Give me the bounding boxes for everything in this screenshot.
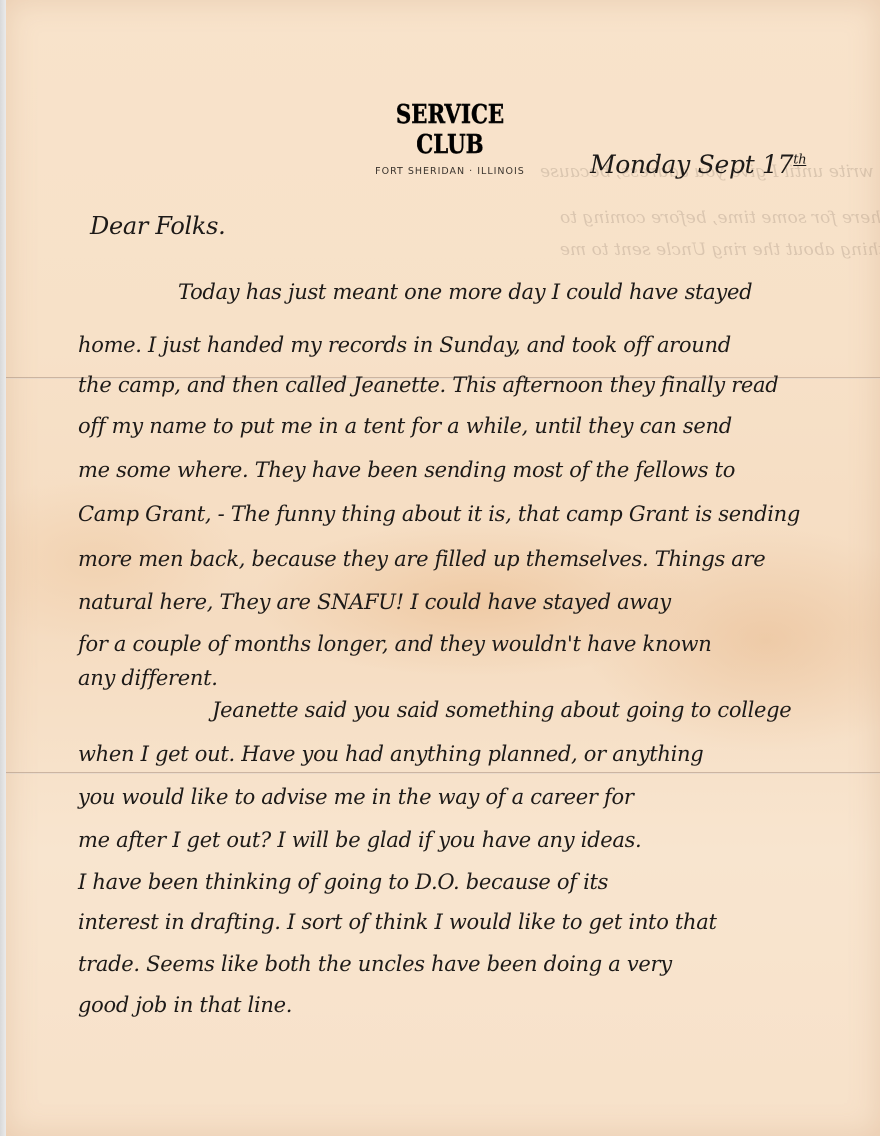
letter-line: me after I get out? I will be glad if yo… (78, 828, 641, 852)
bleed-through-text: it would just stay there for some time, … (560, 208, 880, 228)
letterhead-title: SERVICE CLUB (368, 100, 532, 160)
letter-line: Today has just meant one more day I coul… (178, 280, 752, 304)
letter-line: interest in drafting. I sort of think I … (78, 910, 717, 934)
letter-line: I have been thinking of going to D.O. be… (78, 870, 608, 894)
letter-line: when I get out. Have you had anything pl… (78, 742, 703, 766)
letter-line: you would like to advise me in the way o… (78, 785, 634, 809)
letter-line: home. I just handed my records in Sunday… (78, 333, 731, 357)
letter-line: Camp Grant, - The funny thing about it i… (78, 502, 800, 526)
letter-line: off my name to put me in a tent for a wh… (78, 414, 732, 438)
letter-line: good job in that line. (78, 993, 292, 1017)
letter-line: any different. (78, 666, 218, 690)
date-text: Monday Sept 17 (590, 150, 793, 179)
salutation: Dear Folks. (90, 212, 226, 240)
letterhead: SERVICE CLUB FORT SHERIDAN · ILLINOIS (350, 100, 550, 177)
letter-line: for a couple of months longer, and they … (78, 632, 711, 656)
letter-line: Jeanette said you said something about g… (212, 698, 791, 722)
letter-line: the camp, and then called Jeanette. This… (78, 373, 778, 397)
letterhead-subtitle: FORT SHERIDAN · ILLINOIS (350, 166, 550, 177)
letter-date: Monday Sept 17th (590, 150, 806, 179)
letter-line: trade. Seems like both the uncles have b… (78, 952, 672, 976)
fold-line (6, 772, 880, 774)
letter-line: more men back, because they are filled u… (78, 547, 765, 571)
bleed-through-text: if you hear anything about the ring Uncl… (560, 240, 880, 260)
date-suffix: th (793, 153, 806, 168)
letter-line: me some where. They have been sending mo… (78, 458, 735, 482)
letter-line: natural here, They are SNAFU! I could ha… (78, 590, 671, 614)
